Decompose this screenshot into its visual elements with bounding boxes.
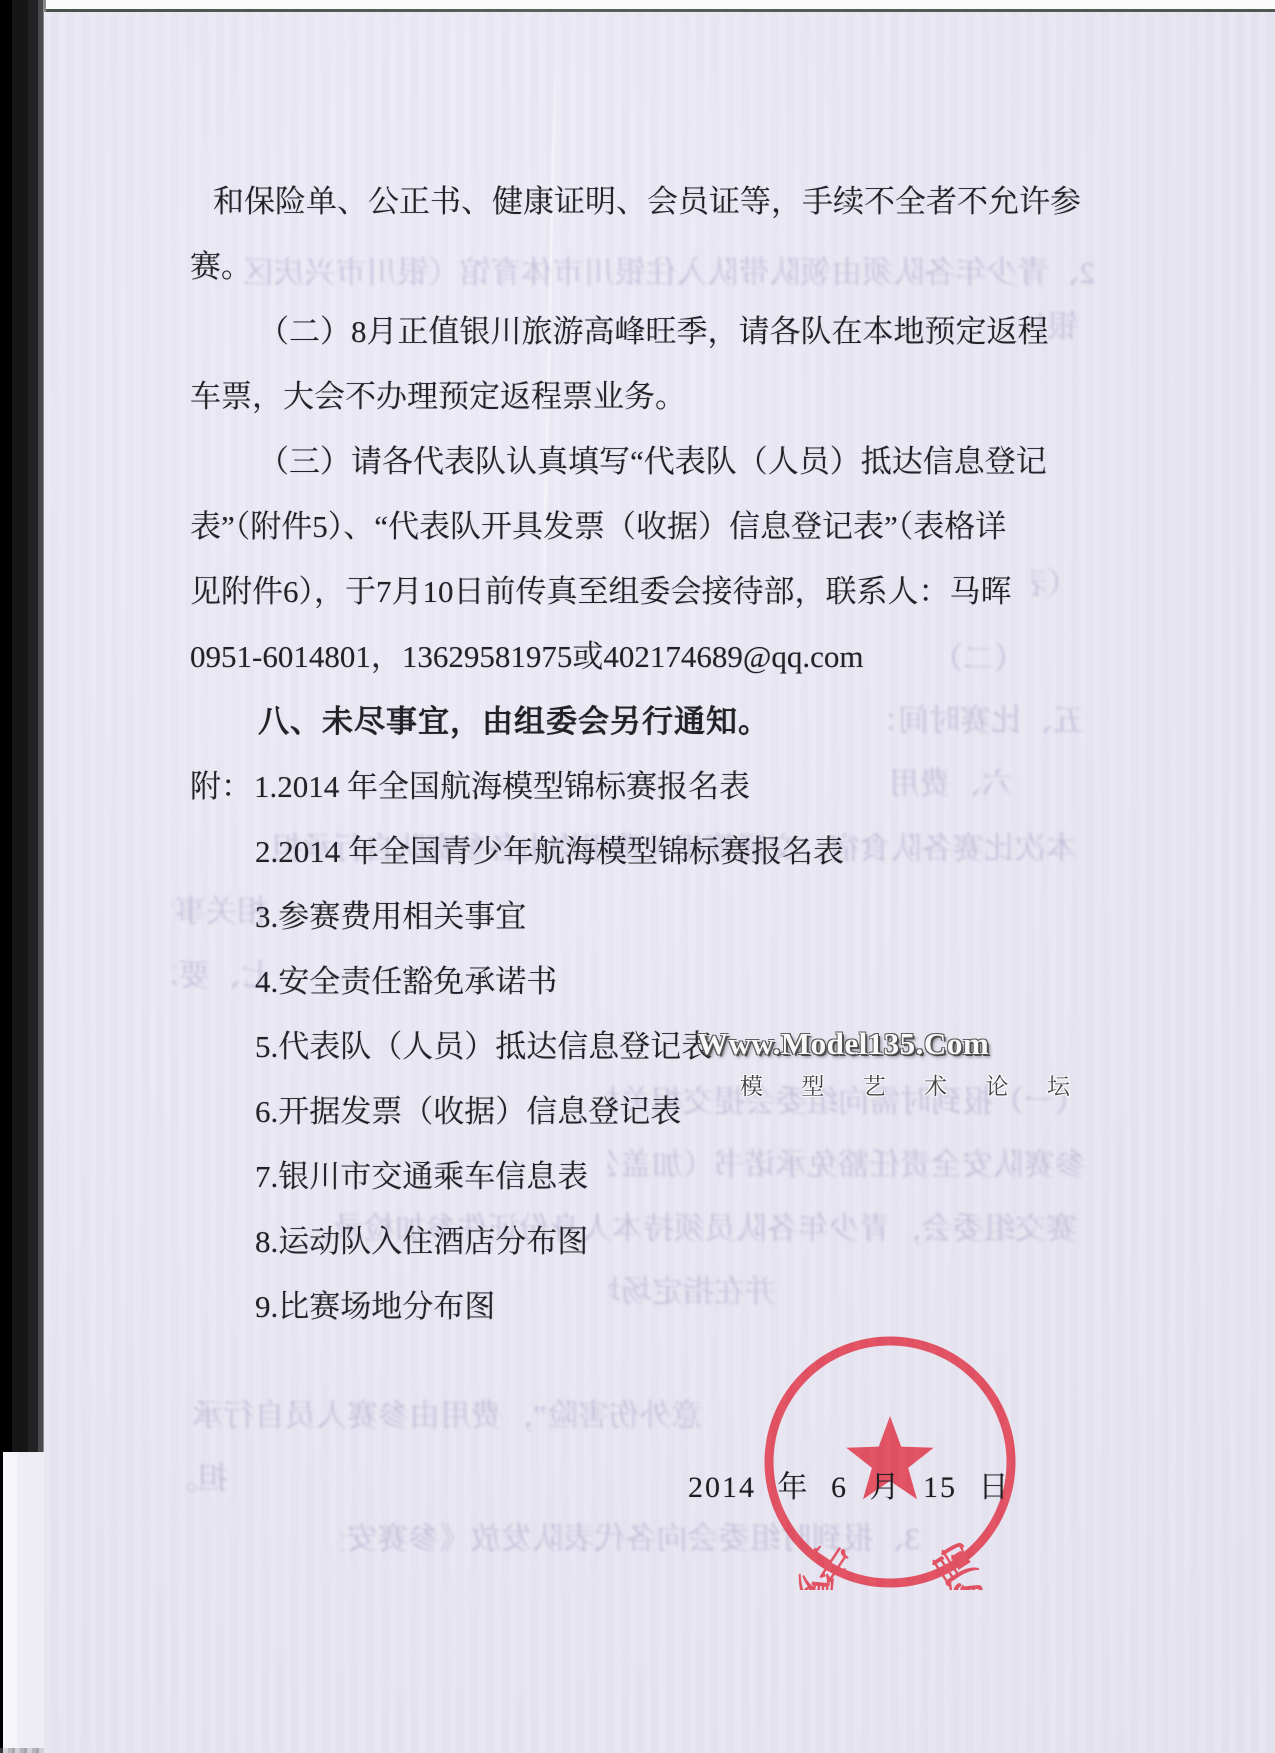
attachments-line: 附：1.2014 年全国航海模型锦标赛报名表	[190, 754, 1070, 819]
attachment-item: 7.银川市交通乘车信息表	[190, 1144, 1070, 1209]
bleedthrough-text: 担。	[172, 1460, 228, 1500]
body-line: （三）请各代表队认真填写“代表队（人员）抵达信息登记	[190, 429, 1070, 494]
watermark-subtitle: 模 型 艺 术 论 坛	[740, 1068, 1086, 1101]
seal-graphic: 宁夏回族自治区体育局	[755, 1320, 1025, 1590]
scan-edge-left-bottom	[3, 1452, 46, 1753]
document-body: 和保险单、公正书、健康证明、会员证等，手续不全者不允许参 赛。 （二）8月正值银…	[190, 169, 1070, 1339]
body-line: （二）8月正值银川旅游高峰旺季，请各队在本地预定返程	[190, 299, 1070, 364]
attachment-item: 3.参赛费用相关事宜	[190, 884, 1070, 949]
body-line: 赛。	[190, 234, 1070, 299]
watermark-url: Www.Model135.Com	[697, 1026, 989, 1062]
attachment-item: 4.安全责任豁免承诺书	[190, 949, 1070, 1014]
body-line: 表”（附件5）、“代表队开具发票（收据）信息登记表”（表格详	[190, 494, 1070, 559]
attachment-item: 2.2014 年全国青少年航海模型锦标赛报名表	[190, 819, 1070, 884]
document-date: 2014 年 6 月 15 日	[688, 1462, 1011, 1506]
bleedthrough-text: 意外伤害险”，费用由参赛人员自行承	[172, 1397, 702, 1437]
paper-sheet: 2、青少年各队须由领队带队入住银川市体育馆（银川市兴庆区 银川市 （表 （二） …	[44, 12, 1275, 1753]
body-line: 见附件6），于7月10日前传真至组委会接待部，联系人：马晖	[190, 559, 1070, 624]
body-line: 0951-6014801，13629581975或402174689@qq.co…	[190, 624, 1070, 689]
attachments-label: 附：	[190, 769, 252, 804]
official-seal: 宁夏回族自治区体育局	[755, 1320, 1025, 1590]
body-line: 和保险单、公正书、健康证明、会员证等，手续不全者不允许参	[190, 169, 1070, 234]
section-heading: 八、未尽事宜，由组委会另行通知。	[190, 689, 1070, 754]
body-line: 车票，大会不办理预定返程票业务。	[190, 364, 1070, 429]
attachment-item: 8.运动队入住酒店分布图	[190, 1209, 1070, 1274]
attachment-item: 1.2014 年全国航海模型锦标赛报名表	[254, 769, 750, 804]
scan-margin-top	[44, 0, 1275, 9]
